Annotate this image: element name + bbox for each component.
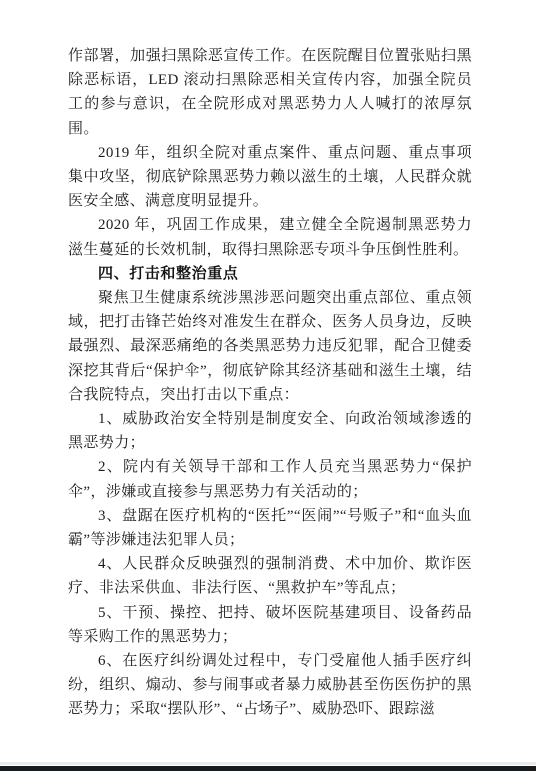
page-number: - 3 - (0, 700, 536, 711)
list-item: 2、院内有关领导干部和工作人员充当黑恶势力“保护伞”，涉嫌或直接参与黑恶势力有关… (68, 455, 472, 503)
document-page: 作部署，加强扫黑除恶宣传工作。在医院醒目位置张贴扫黑除恶标语，LED 滚动扫黑除… (0, 0, 536, 771)
document-body: 作部署，加强扫黑除恶宣传工作。在医院醒目位置张贴扫黑除恶标语，LED 滚动扫黑除… (68, 44, 472, 722)
paragraph: 聚焦卫生健康系统涉黑涉恶问题突出重点部位、重点领域，把打击锋芒始终对准发生在群众… (68, 286, 472, 407)
list-item: 5、干预、操控、把持、破坏医院基建项目、设备药品等采购工作的黑恶势力； (68, 601, 472, 649)
list-item: 4、人民群众反映强烈的强制消费、术中加价、欺诈医疗、非法采供血、非法行医、“黑救… (68, 552, 472, 600)
paragraph: 作部署，加强扫黑除恶宣传工作。在医院醒目位置张贴扫黑除恶标语，LED 滚动扫黑除… (68, 44, 472, 141)
taskbar-edge (0, 766, 536, 771)
list-item: 3、盘踞在医疗机构的“医托”“医闹”“号贩子”和“血头血霸”等涉嫌违法犯罪人员； (68, 504, 472, 552)
list-item: 1、威胁政治安全特别是制度安全、向政治领域渗透的黑恶势力； (68, 407, 472, 455)
section-heading: 四、打击和整治重点 (68, 262, 472, 286)
window-bottom-strip (0, 762, 536, 765)
paragraph: 2020 年，巩固工作成果，建立健全全院遏制黑恶势力滋生蔓延的长效机制，取得扫黑… (68, 213, 472, 261)
paragraph: 2019 年，组织全院对重点案件、重点问题、重点事项集中攻坚，彻底铲除黑恶势力赖… (68, 141, 472, 214)
